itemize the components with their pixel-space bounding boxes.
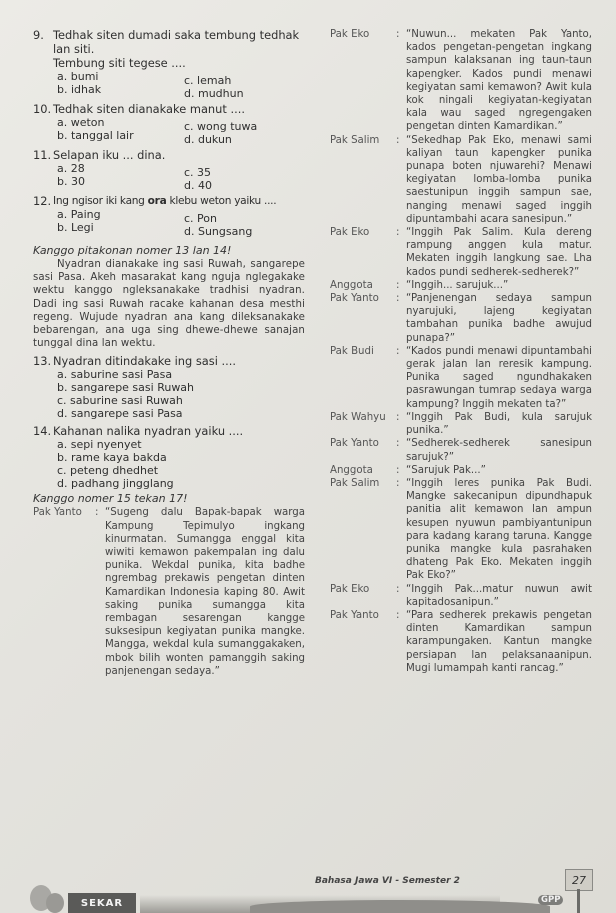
question-9: 9. Tedhak siten dumadi saka tembung tedh… <box>33 28 305 96</box>
speaker: Pak Eko <box>330 583 396 609</box>
speaker: Pak Budi <box>330 345 396 411</box>
question-number: 13. <box>33 354 53 368</box>
question-number: 12. <box>33 194 53 208</box>
question-number: 9. <box>33 28 53 56</box>
question-text: Kahanan nalika nyadran yaiku .... <box>53 424 305 438</box>
question-11: 11. Selapan iku ... dina. a. 28 c. 35 b.… <box>33 148 305 188</box>
option: a. saburine sasi Pasa <box>57 368 305 381</box>
dialogue-text: “Nuwun... mekaten Pak Yanto, kados penge… <box>406 28 592 134</box>
dialogue-text: “Inggih Pak...matur nuwun awit kapitados… <box>406 583 592 609</box>
option: d. dukun <box>184 133 305 146</box>
speaker: Anggota <box>330 464 396 477</box>
colon: : <box>396 477 406 583</box>
dialogue-text: “Sarujuk Pak...” <box>406 464 592 477</box>
dialogue-text: “Inggih Pak Salim. Kula dereng rampung a… <box>406 226 592 279</box>
hill-decoration <box>250 900 550 913</box>
question-text: Nyadran ditindakake ing sasi .... <box>53 354 305 368</box>
option: b. idhak <box>57 83 178 96</box>
question-13: 13. Nyadran ditindakake ing sasi .... a.… <box>33 354 305 420</box>
option: c. peteng dhedhet <box>57 464 305 477</box>
question-number: 10. <box>33 102 53 116</box>
option: b. tanggal lair <box>57 129 178 142</box>
question-text: Selapan iku ... dina. <box>53 148 305 162</box>
colon: : <box>396 411 406 437</box>
dialogue-text: “Sekedhap Pak Eko, menawi sami kaliyan t… <box>406 134 592 226</box>
option: b. rame kaya bakda <box>57 451 305 464</box>
speaker: Pak Yanto <box>33 506 95 678</box>
speaker: Pak Salim <box>330 134 396 226</box>
dialogue-text: “Sedherek-sedherek sanesipun sarujuk?” <box>406 437 592 463</box>
dialogue-line: Pak Yanto : “Para sedherek prekawis peng… <box>330 609 592 675</box>
dialogue-text: “Kados pundi menawi dipuntambahi gerak j… <box>406 345 592 411</box>
speaker: Pak Wahyu <box>330 411 396 437</box>
dialogue-line: Pak Budi : “Kados pundi menawi dipuntamb… <box>330 345 592 411</box>
question-14: 14. Kahanan nalika nyadran yaiku .... a.… <box>33 424 305 490</box>
question-subtext: Tembung siti tegese .... <box>33 56 305 70</box>
speaker: Pak Yanto <box>330 292 396 345</box>
option: c. saburine sasi Ruwah <box>57 394 305 407</box>
option: a. Paing <box>57 208 178 221</box>
colon: : <box>396 437 406 463</box>
option: b. sangarepe sasi Ruwah <box>57 381 305 394</box>
colon: : <box>396 609 406 675</box>
dialogue-line: Pak Wahyu : “Inggih Pak Budi, kula saruj… <box>330 411 592 437</box>
option: a. bumi <box>57 70 178 83</box>
right-column: Pak Eko : “Nuwun... mekaten Pak Yanto, k… <box>330 28 592 675</box>
option: c. lemah <box>184 74 305 87</box>
question-number: 11. <box>33 148 53 162</box>
speaker: Pak Eko <box>330 28 396 134</box>
speaker: Pak Eko <box>330 226 396 279</box>
dialogue-line: Anggota : “Inggih... sarujuk...” <box>330 279 592 292</box>
book-title: Bahasa Jawa VI - Semester 2 <box>315 876 460 886</box>
option: c. Pon <box>184 212 305 225</box>
colon: : <box>396 226 406 279</box>
option: d. Sungsang <box>184 225 305 238</box>
dialogue-line: Pak Eko : “Nuwun... mekaten Pak Yanto, k… <box>330 28 592 134</box>
signpost-decoration <box>577 889 580 913</box>
dialogue-line: Pak Eko : “Inggih Pak Salim. Kula dereng… <box>330 226 592 279</box>
option: d. sangarepe sasi Pasa <box>57 407 305 420</box>
colon: : <box>396 345 406 411</box>
question-text-part: Ing ngisor iki kang <box>53 195 148 207</box>
dialogue-text: “Inggih leres punika Pak Budi. Mangke sa… <box>406 477 592 583</box>
question-text: Ing ngisor iki kang ora klebu weton yaik… <box>53 194 305 208</box>
colon: : <box>396 464 406 477</box>
option: d. padhang jingglang <box>57 477 305 490</box>
colon: : <box>95 506 105 678</box>
dialogue-text: “Panjenengan sedaya sampun nyarujuki, la… <box>406 292 592 345</box>
instruction-15-17: Kanggo nomer 15 tekan 17! <box>33 492 305 506</box>
dialogue-line: Anggota : “Sarujuk Pak...” <box>330 464 592 477</box>
question-10: 10. Tedhak siten dianakake manut .... a.… <box>33 102 305 142</box>
option: a. weton <box>57 116 178 129</box>
option: b. Legi <box>57 221 178 234</box>
speaker: Anggota <box>330 279 396 292</box>
page-number: 27 <box>565 869 593 891</box>
dialogue-line: Pak Eko : “Inggih Pak...matur nuwun awit… <box>330 583 592 609</box>
publisher-badge: GPP <box>538 895 563 905</box>
dialogue-line: Pak Salim : “Sekedhap Pak Eko, menawi sa… <box>330 134 592 226</box>
colon: : <box>396 583 406 609</box>
option: a. sepi nyenyet <box>57 438 305 451</box>
dialogue-line: Pak Salim : “Inggih leres punika Pak Bud… <box>330 477 592 583</box>
dialogue-text: “Para sedherek prekawis pengetan dinten … <box>406 609 592 675</box>
question-text-part: klebu weton yaiku .... <box>166 195 276 207</box>
dialogue-text: “Inggih Pak Budi, kula sarujuk punika.” <box>406 411 592 437</box>
speaker: Pak Yanto <box>330 609 396 675</box>
dialogue-text: “Sugeng dalu Bapak-bapak warga Kampung T… <box>105 506 305 678</box>
balloon-decoration <box>46 893 64 913</box>
instruction-13-14: Kanggo pitakonan nomer 13 lan 14! <box>33 244 305 258</box>
question-12: 12. Ing ngisor iki kang ora klebu weton … <box>33 194 305 234</box>
dialogue-line: Pak Yanto : “Panjenengan sedaya sampun n… <box>330 292 592 345</box>
colon: : <box>396 28 406 134</box>
series-label: SEKAR <box>68 893 136 913</box>
option: c. wong tuwa <box>184 120 305 133</box>
option: a. 28 <box>57 162 178 175</box>
question-text: Tedhak siten dianakake manut .... <box>53 102 305 116</box>
question-number: 14. <box>33 424 53 438</box>
emphasis-ora: ora <box>148 195 167 207</box>
option: d. mudhun <box>184 87 305 100</box>
colon: : <box>396 292 406 345</box>
question-text: Tedhak siten dumadi saka tembung tedhak … <box>53 28 305 56</box>
dialogue-line: Pak Yanto : “Sugeng dalu Bapak-bapak war… <box>33 506 305 678</box>
dialogue-text: “Inggih... sarujuk...” <box>406 279 592 292</box>
dialogue-line: Pak Yanto : “Sedherek-sedherek sanesipun… <box>330 437 592 463</box>
option: c. 35 <box>184 166 305 179</box>
colon: : <box>396 134 406 226</box>
option: d. 40 <box>184 179 305 192</box>
colon: : <box>396 279 406 292</box>
left-column: 9. Tedhak siten dumadi saka tembung tedh… <box>33 28 305 678</box>
speaker: Pak Salim <box>330 477 396 583</box>
speaker: Pak Yanto <box>330 437 396 463</box>
option: b. 30 <box>57 175 178 188</box>
reading-passage: Nyadran dianakake ing sasi Ruwah, sangar… <box>33 258 305 350</box>
